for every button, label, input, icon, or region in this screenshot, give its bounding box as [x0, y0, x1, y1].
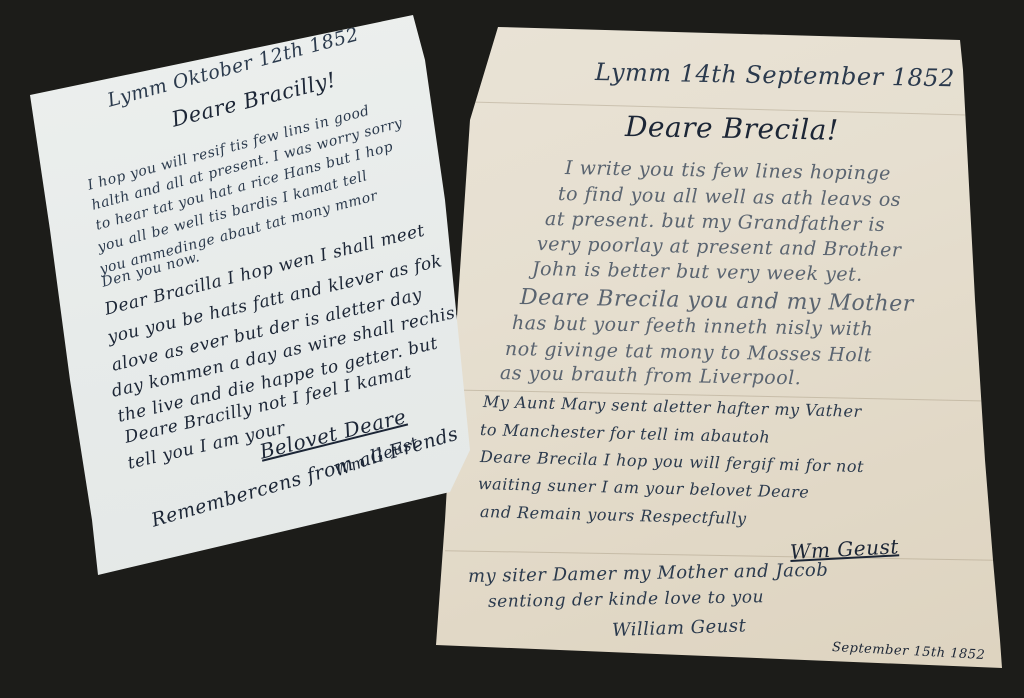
right-line-12: Deare Brecila I hop you will fergif mi f… [480, 447, 864, 476]
right-postscript-2: sentiong der kinde love to you [488, 587, 764, 612]
fold-line [445, 550, 995, 561]
right-salutation: Deare Brecila! [625, 110, 839, 147]
right-line-14: and Remain yours Respectfully [480, 502, 747, 528]
right-line-9: as you brauth from Liverpool. [500, 362, 802, 389]
right-line-2: to find you all well as ath leavs os [558, 183, 901, 211]
right-line-5: John is better but very week yet. [532, 258, 863, 286]
right-line-7: has but your feeth inneth nisly with [512, 312, 874, 340]
right-postscript-1: my siter Damer my Mother and Jacob [468, 560, 829, 587]
right-signature-date: September 15th 1852 [832, 640, 986, 663]
right-dateline: Lymm 14th September 1852 [595, 58, 955, 92]
right-full-signature: William Geust [612, 615, 747, 641]
right-line-4: very poorlay at present and Brother [537, 233, 902, 261]
right-line-13: waiting suner I am your belovet Deare [478, 474, 810, 502]
right-line-6: Deare Brecila you and my Mother [520, 285, 914, 317]
photo-stage: Lymm 14th September 1852 Deare Brecila! … [0, 0, 1024, 698]
right-line-3: at present. but my Grandfather is [545, 208, 886, 236]
right-line-1: I write you tis few lines hopinge [565, 157, 891, 185]
right-line-11: to Manchester for tell im abautoh [480, 420, 771, 447]
